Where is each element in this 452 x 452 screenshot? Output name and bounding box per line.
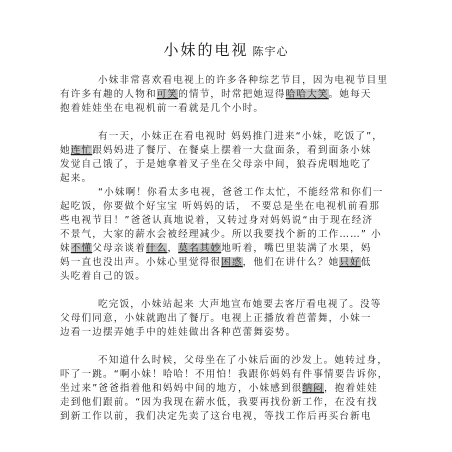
text-line: 坐过来”爸爸指着他和妈妈中间的地方，小妹感到很纳闷，抱着娃娃 xyxy=(60,383,400,395)
text-segment: “小妹啊！你看太多电视，爸爸工作太忙，不能经常和你们一 xyxy=(98,187,383,198)
text-segment: 些电视节目！”爸爸认真地说着，又转过身对妈妈说“由于现在经济 xyxy=(60,215,373,226)
text-line: 不知道什么时候，父母坐在了小妹后面的沙发上。她转过身， xyxy=(60,355,438,367)
text-segment: 父母亲谈着 xyxy=(92,243,146,254)
text-segment: 父母们同意，小妹就跑出了餐厅。电视上正播放着芭蕾舞，小妹一 xyxy=(60,313,372,324)
text-line: 有许多有趣的人物和可笑的情节，时常把她逗得哈哈大笑。她每天 xyxy=(60,89,400,101)
text-segment: 她 xyxy=(60,145,71,156)
text-line: “小妹啊！你看太多电视，爸爸工作太忙，不能经常和你们一 xyxy=(60,187,438,199)
text-line: 父母们同意，小妹就跑出了餐厅。电视上正播放着芭蕾舞，小妹一 xyxy=(60,313,400,325)
text-line: 起吃饭，你要做个好宝宝 听妈妈的话， 不要总是坐在电视机前看那 xyxy=(60,201,400,213)
text-line: 走到他们跟前。“因为我现在薪水低，我要再找份新工作，在没有找 xyxy=(60,397,400,409)
text-line: 有一天，小妹正在看电视时 妈妈推门进来“小妹，吃饭了”， xyxy=(60,131,438,143)
text-line: 小妹非常喜欢看电视上的许多各种综艺节目，因为电视节目里 xyxy=(60,75,438,87)
highlighted-word: 哈哈大笑 xyxy=(286,89,329,100)
highlighted-word: 只好 xyxy=(339,257,361,268)
text-segment: 抱着娃娃坐在电视机前一看就是几个小时。 xyxy=(60,103,264,114)
text-segment: 起来。 xyxy=(60,173,92,184)
text-segment: ，他们在讲什么？她 xyxy=(243,257,340,268)
text-segment: 边看一边摆弄她手中的娃娃做出各种芭蕾舞姿势。 xyxy=(60,327,296,338)
text-segment: 有许多有趣的人物和 xyxy=(60,89,157,100)
document-page: 小妹的电视陈宇心 小妹非常喜欢看电视上的许多各种综艺节目，因为电视节目里有许多有… xyxy=(0,0,452,452)
text-segment: 吃完饭，小妹站起来 大声地宣布她要去客厅看电视了。没等 xyxy=(98,299,382,310)
text-line: 些电视节目！”爸爸认真地说着，又转过身对妈妈说“由于现在经济 xyxy=(60,215,400,227)
highlighted-word: 连忙 xyxy=(71,145,93,156)
text-segment: 。她每天 xyxy=(329,89,372,100)
text-line: 抱着娃娃坐在电视机前一看就是几个小时。 xyxy=(60,103,400,115)
highlighted-word: 纳闷 xyxy=(302,383,324,394)
text-segment: 的情节，时常把她逗得 xyxy=(178,89,285,100)
text-line: 边看一边摆弄她手中的娃娃做出各种芭蕾舞姿势。 xyxy=(60,327,400,339)
text-segment: ，抱着娃娃 xyxy=(324,383,378,394)
text-line: 吃完饭，小妹站起来 大声地宣布她要去客厅看电视了。没等 xyxy=(60,299,438,311)
text-segment: 到新工作以前，我们决定先卖了这台电视，等找工作后再买台新电 xyxy=(60,411,372,422)
title-text: 小妹的电视 xyxy=(163,41,248,59)
page-title: 小妹的电视陈宇心 xyxy=(0,39,452,60)
text-line: 发觉自己饿了，于是她拿着叉子坐在父母亲中间，狼吞虎咽地吃了 xyxy=(60,159,400,171)
text-line: 不景气，大家的薪水会被经理减少。所以我要找个新的工作……” 小 xyxy=(60,229,400,241)
text-segment: ， xyxy=(167,243,178,254)
text-segment: 坐过来”爸爸指着他和妈妈中间的地方，小妹感到很 xyxy=(60,383,302,394)
text-segment: 吓了一跳。“啊小妹！哈哈！不用怕！我跟你妈妈有件事情要告诉你， xyxy=(60,369,388,380)
text-segment: 小妹非常喜欢看电视上的许多各种综艺节目，因为电视节目里 xyxy=(98,75,388,86)
text-segment: 不知道什么时候，父母坐在了小妹后面的沙发上。她转过身， xyxy=(98,355,388,366)
text-segment: 不景气，大家的薪水会被经理减少。所以我要找个新的工作……” 小 xyxy=(60,229,382,240)
highlighted-word: 莫名其妙 xyxy=(178,243,221,254)
text-line: 到新工作以前，我们决定先卖了这台电视，等找工作后再买台新电 xyxy=(60,411,400,423)
text-line: 吓了一跳。“啊小妹！哈哈！不用怕！我跟你妈妈有件事情要告诉你， xyxy=(60,369,400,381)
text-segment: 跟妈妈进了餐厅、在餐桌上摆着一大盘面条，看到面条小妹 xyxy=(92,145,371,156)
text-segment: 妈一直也没出声。小妹心里觉得很 xyxy=(60,257,221,268)
text-segment: 走到他们跟前。“因为我现在薪水低，我要再找份新工作，在没有找 xyxy=(60,397,378,408)
text-segment: 发觉自己饿了，于是她拿着叉子坐在父母亲中间，狼吞虎咽地吃了 xyxy=(60,159,372,170)
text-segment: 地听着，嘴巴里装满了水果，妈 xyxy=(221,243,371,254)
text-line: 妹不懂父母亲谈着什么，莫名其妙地听着，嘴巴里装满了水果，妈 xyxy=(60,243,400,255)
author-name: 陈宇心 xyxy=(253,45,289,58)
highlighted-word: 什么 xyxy=(146,243,168,254)
text-segment: 有一天，小妹正在看电视时 妈妈推门进来“小妹，吃饭了”， xyxy=(98,131,383,142)
text-segment: 起吃饭，你要做个好宝宝 听妈妈的话， 不要总是坐在电视机前看那 xyxy=(60,201,380,212)
highlighted-word: 可笑 xyxy=(157,89,179,100)
text-segment: 低 xyxy=(361,257,372,268)
highlighted-word: 不懂 xyxy=(71,243,93,254)
text-segment: 头吃着自己的饭。 xyxy=(60,271,146,282)
text-segment: 妹 xyxy=(60,243,71,254)
text-line: 妈一直也没出声。小妹心里觉得很困惑，他们在讲什么？她只好低 xyxy=(60,257,400,269)
text-line: 她连忙跟妈妈进了餐厅、在餐桌上摆着一大盘面条，看到面条小妹 xyxy=(60,145,400,157)
text-line: 起来。 xyxy=(60,173,400,185)
text-line: 头吃着自己的饭。 xyxy=(60,271,400,283)
highlighted-word: 困惑 xyxy=(221,257,243,268)
